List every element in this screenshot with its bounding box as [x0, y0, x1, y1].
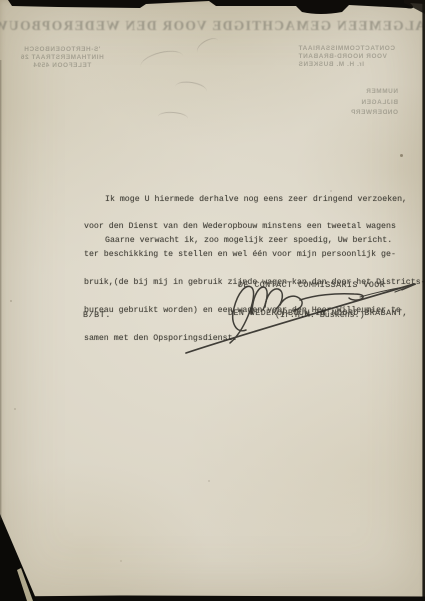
closing-block: DE CONTACT COMMISSARIS VOOR DEN WEDEROPB… — [228, 262, 408, 337]
letterhead-reference-labels-mirrored: NUMMER BIJLAGEN ONDERWERP — [332, 87, 398, 119]
address-line: HINTHAMERSTRAAT 26 — [14, 54, 110, 62]
reference-label: NUMMER — [332, 87, 398, 98]
paper-speck — [330, 190, 332, 192]
address-line: 'S-HERTOGENBOSCH — [14, 46, 110, 54]
contact-line: Ir. H. M. BUSKENS — [298, 61, 410, 69]
body-line: voor den Dienst van den Wederopbouw mins… — [84, 222, 425, 231]
address-line: TELEFOON 4594 — [14, 62, 110, 70]
typist-reference: B/BT. — [83, 311, 111, 320]
letter-paragraph-2: Gaarne verwacht ik, zoo mogelijk zeer sp… — [105, 236, 392, 245]
pencil-smudge — [194, 35, 221, 58]
paper-speck — [120, 560, 122, 562]
letterhead-contact-block-mirrored: CONTACTCOMMISSARIAAT VOOR NOORD-BRABANT … — [298, 45, 410, 70]
contact-line: CONTACTCOMMISSARIAAT — [298, 45, 410, 53]
paper-speck — [14, 408, 16, 410]
reference-label: BIJLAGEN — [332, 98, 398, 109]
letterhead-address-block-mirrored: 'S-HERTOGENBOSCH HINTHAMERSTRAAT 26 TELE… — [14, 46, 110, 71]
body-line: ter beschikking te stellen en wel één vo… — [84, 250, 425, 259]
closing-line: DE CONTACT COMMISSARIS VOOR — [228, 281, 408, 290]
pencil-smudge — [174, 80, 208, 99]
reference-label: ONDERWERP — [332, 108, 398, 119]
paper-speck — [10, 300, 12, 302]
paper-speck — [208, 480, 210, 482]
signature-typed-name: (Ir.H.M. Buskens.) — [275, 311, 365, 320]
body-line: Ik moge U hiermede derhalve nog eens zee… — [84, 195, 425, 204]
contact-line: VOOR NOORD-BRABANT — [298, 53, 410, 61]
paper-speck — [400, 154, 403, 157]
pencil-smudge — [158, 111, 189, 124]
pencil-smudge — [138, 47, 185, 76]
scanned-letter-page: ALGEMEEN GEMACHTIGDE VOOR DEN WEDEROPBOU… — [0, 0, 425, 601]
letterhead-title-mirrored: ALGEMEEN GEMACHTIGDE VOOR DEN WEDEROPBOU… — [0, 18, 425, 34]
